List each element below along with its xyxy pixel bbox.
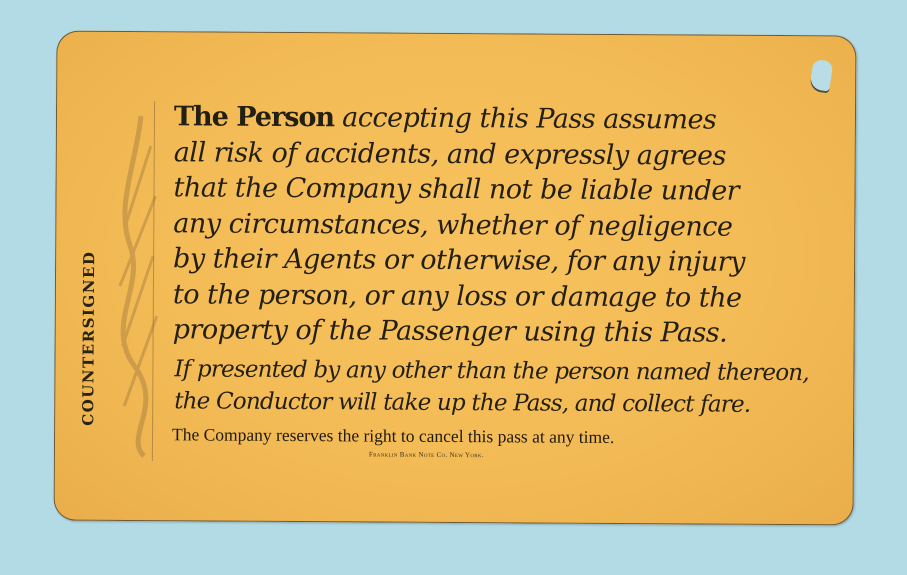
- punch-hole: [809, 59, 833, 94]
- lead-words: The Person: [174, 101, 334, 133]
- clause-line-1: The Person accepting this Pass assumes: [174, 99, 764, 138]
- railroad-pass-card: COUNTERSIGNED The Person accepting this …: [54, 31, 857, 526]
- clause-line-5: by their Agents or otherwise, for any in…: [173, 241, 763, 280]
- printer-imprint: Franklin Bank Note Co. New York.: [369, 450, 484, 459]
- presentation-line-1: If presented by any other than the perso…: [174, 353, 764, 389]
- clause-line-7: property of the Passenger using this Pas…: [173, 312, 763, 351]
- liability-clause: The Person accepting this Pass assumes a…: [173, 99, 765, 351]
- clause-line-2: all risk of accidents, and expressly agr…: [174, 135, 764, 174]
- cancel-notice: The Company reserves the right to cancel…: [172, 424, 614, 448]
- clause-line-3: that the Company shall not be liable und…: [173, 170, 763, 209]
- presentation-clause: If presented by any other than the perso…: [174, 353, 764, 421]
- presentation-line-2: the Conductor will take up the Pass, and…: [174, 385, 764, 421]
- clause-line-6: to the person, or any loss or damage to …: [173, 277, 763, 316]
- clause-line-4: any circumstances, whether of negligence: [173, 206, 763, 245]
- handwritten-signature: [94, 106, 176, 466]
- countersigned-label: COUNTERSIGNED: [79, 251, 98, 426]
